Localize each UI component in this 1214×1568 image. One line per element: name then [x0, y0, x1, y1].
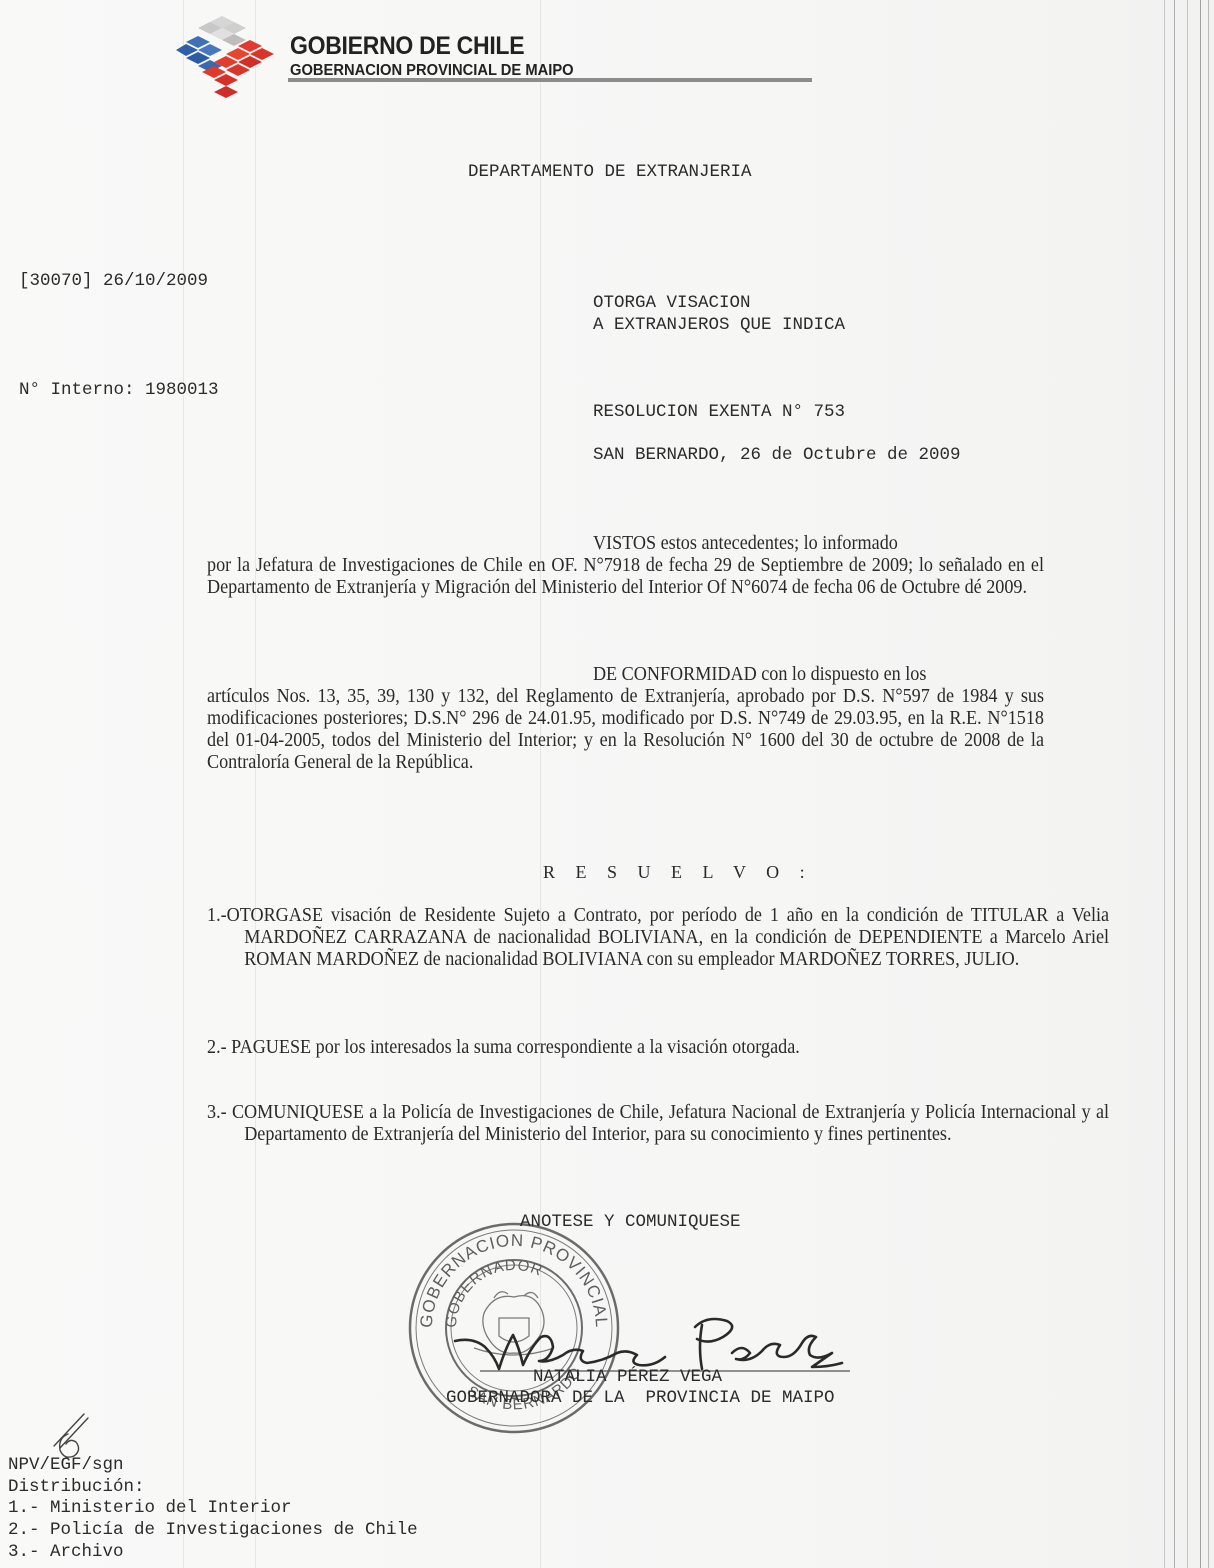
- resuelvo-heading: R E S U E L V O :: [543, 862, 813, 883]
- distribution-item: 2.- Policía de Investigaciones de Chile: [8, 1520, 418, 1540]
- org-title: GOBIERNO DE CHILE: [290, 32, 524, 61]
- closing-formula: ANOTESE Y COMUNIQUESE: [520, 1212, 741, 1232]
- signatory-title: GOBERNADORA DE LA PROVINCIA DE MAIPO: [446, 1388, 835, 1408]
- reference-code-date: [30070] 26/10/2009: [19, 271, 208, 291]
- distribution-item: 1.- Ministerio del Interior: [8, 1498, 292, 1518]
- scan-edge-streaks: [1150, 0, 1214, 1568]
- vistos-first-line: VISTOS estos antecedentes; lo informado: [207, 533, 1044, 555]
- department-heading: DEPARTAMENTO DE EXTRANJERIA: [468, 162, 752, 182]
- header-divider: [288, 78, 812, 82]
- place-date: SAN BERNARDO, 26 de Octubre de 2009: [593, 445, 961, 465]
- signatory-name: NATALIA PÉREZ VEGA: [533, 1367, 722, 1387]
- subject-line-2: A EXTRANJEROS QUE INDICA: [593, 315, 845, 335]
- resolution-item-2: 2.- PAGUESE por los interesados la suma …: [207, 1037, 1109, 1059]
- distribution-item: 3.- Archivo: [8, 1542, 124, 1562]
- subject-line-1: OTORGA VISACION: [593, 293, 751, 313]
- internal-number: N° Interno: 1980013: [19, 380, 219, 400]
- initials-reference: NPV/EGF/sgn: [8, 1455, 124, 1475]
- vistos-paragraph: VISTOS estos antecedentes; lo informado …: [207, 533, 1044, 599]
- conformidad-first-line: DE CONFORMIDAD con lo dispuesto en los: [207, 664, 1044, 686]
- resolution-number: RESOLUCION EXENTA N° 753: [593, 402, 845, 422]
- distribution-label: Distribución:: [8, 1477, 145, 1497]
- vistos-body: por la Jefatura de Investigaciones de Ch…: [207, 555, 1044, 598]
- scan-artifact-line: [183, 0, 184, 1568]
- resolution-item-3: 3.- COMUNIQUESE a la Policía de Investig…: [207, 1102, 1109, 1146]
- conformidad-body: artículos Nos. 13, 35, 39, 130 y 132, de…: [207, 686, 1044, 773]
- scan-artifact-line: [255, 0, 256, 1568]
- chile-government-logo-icon: [176, 14, 276, 100]
- document-page: GOBIERNO DE CHILE GOBERNACION PROVINCIAL…: [0, 0, 1214, 1568]
- resolution-item-1: 1.-OTORGASE visación de Residente Sujeto…: [207, 905, 1109, 971]
- conformidad-paragraph: DE CONFORMIDAD con lo dispuesto en los a…: [207, 664, 1044, 774]
